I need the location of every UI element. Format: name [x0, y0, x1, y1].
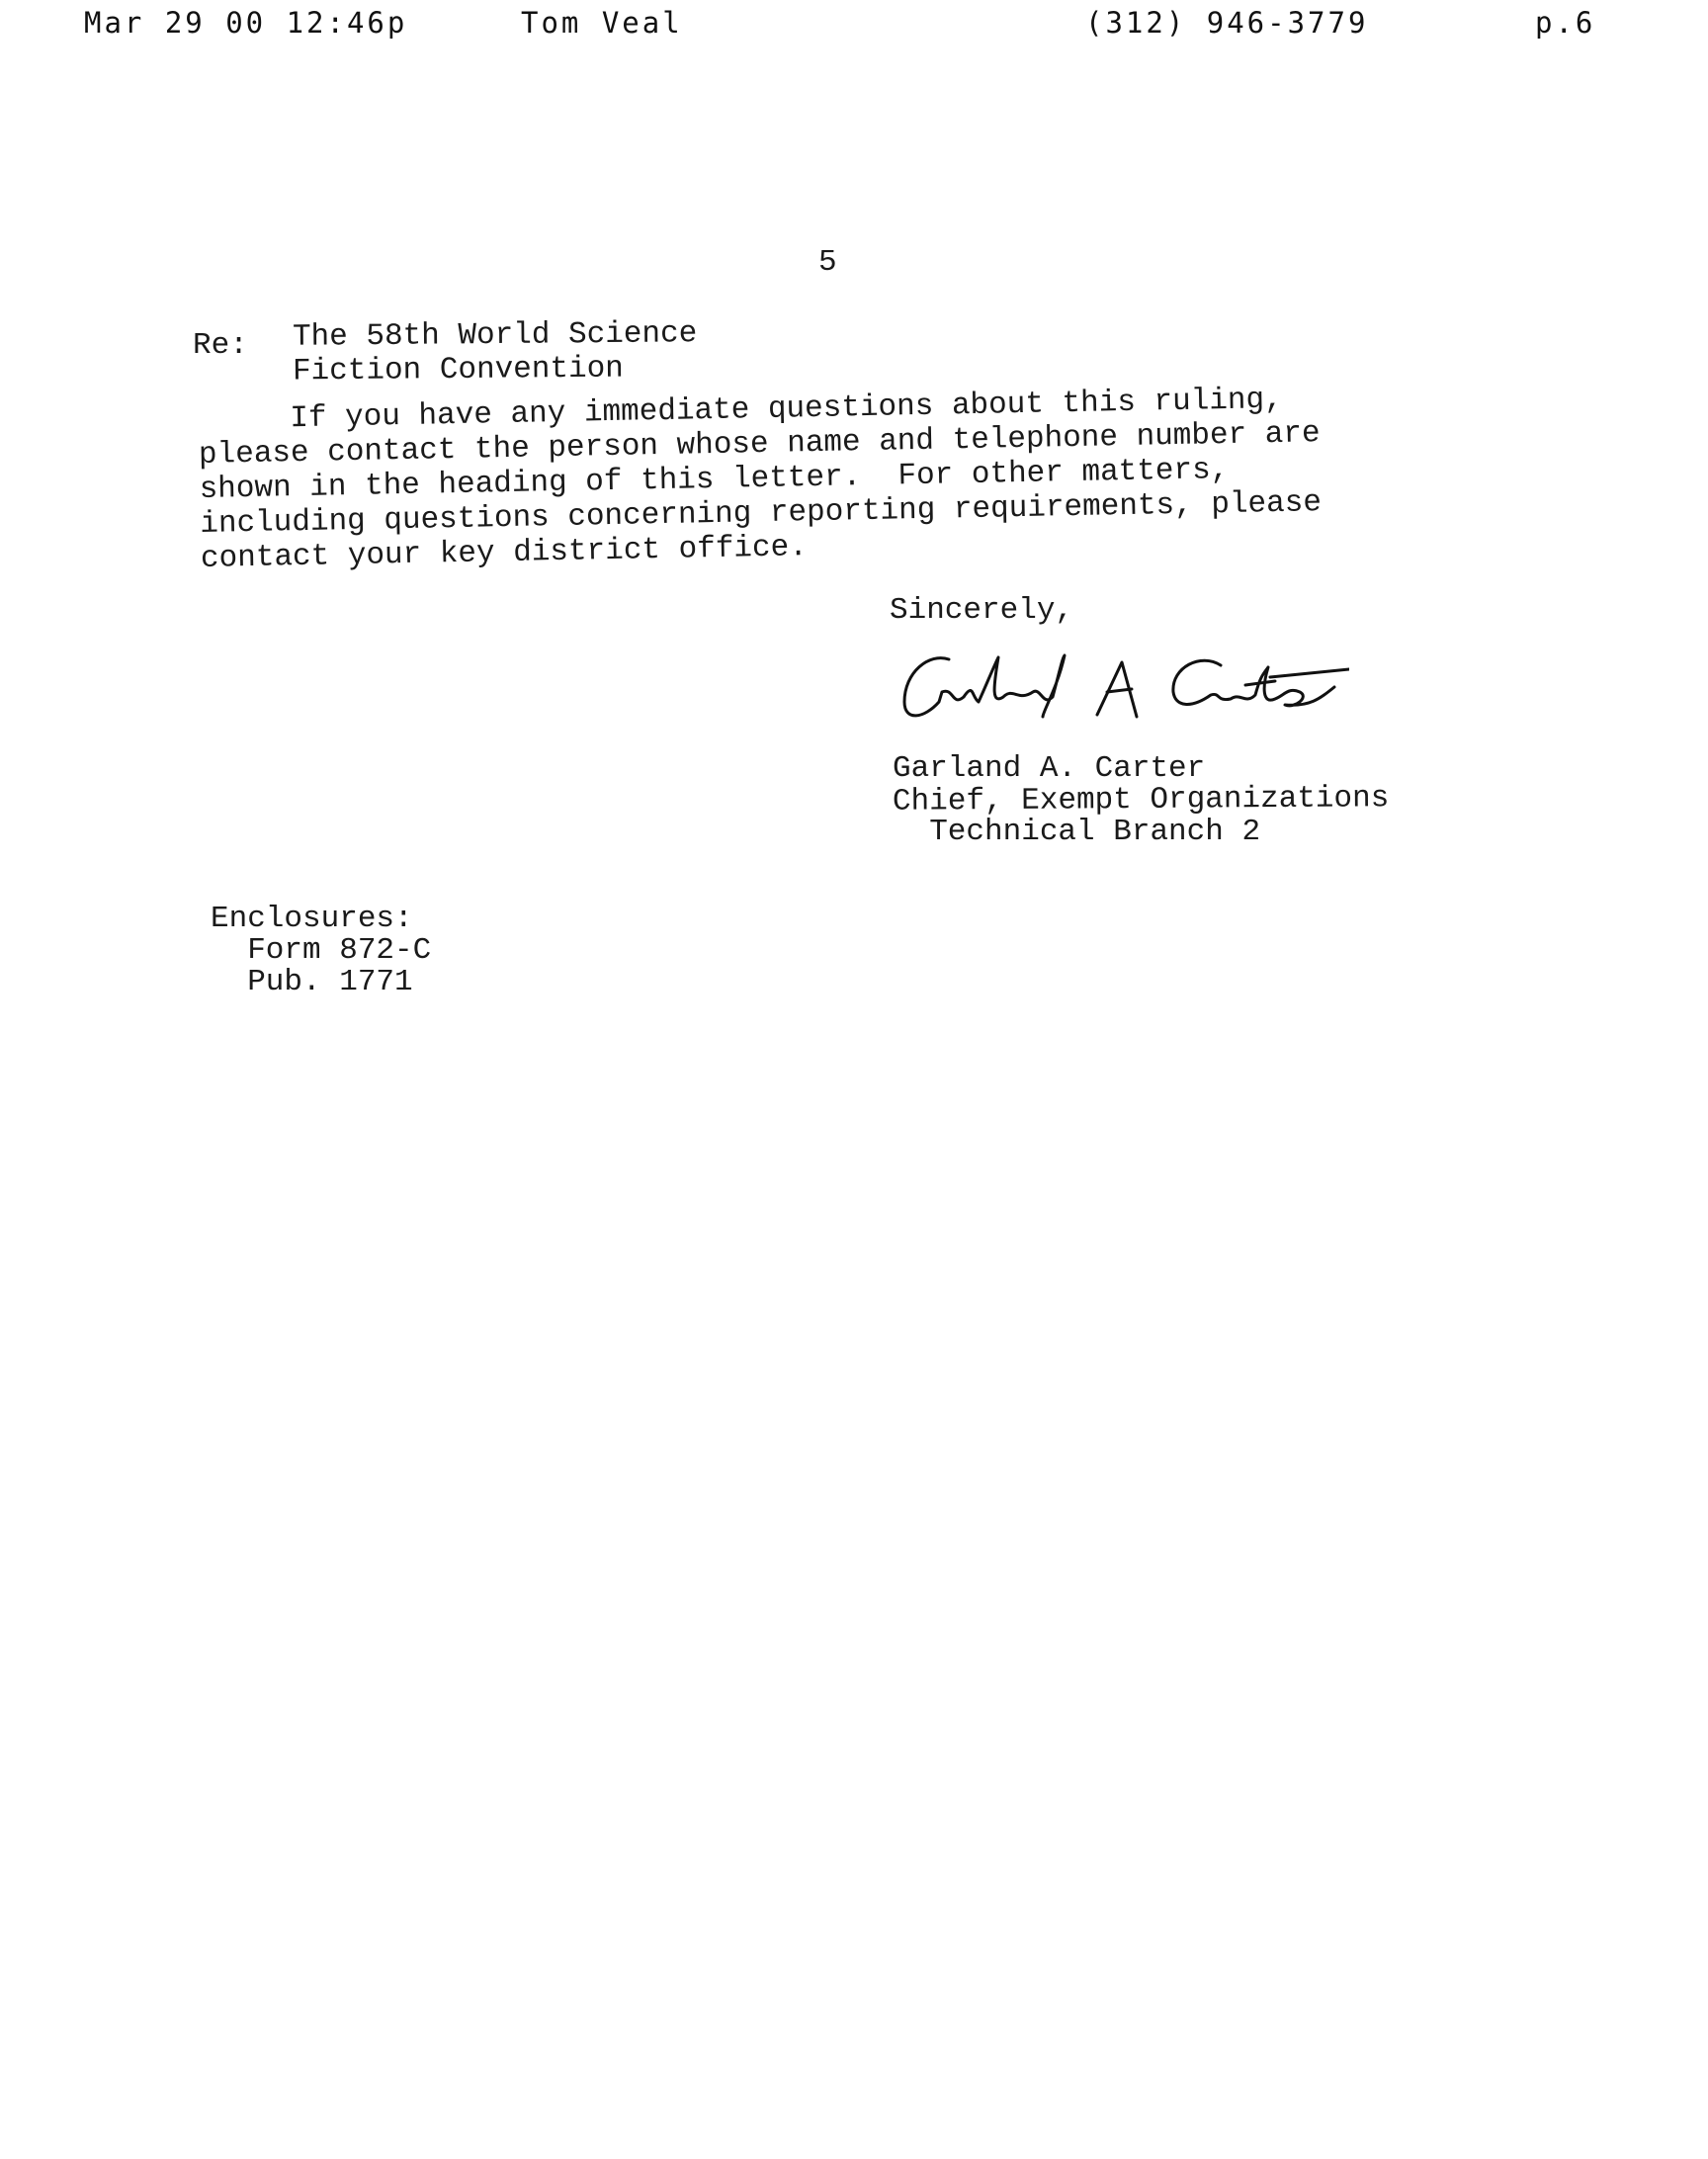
signer-name: Garland A. Carter	[893, 751, 1205, 786]
re-label: Re:	[193, 328, 248, 363]
body-paragraph: If you have any immediate questions abou…	[198, 382, 1323, 576]
re-subject-line-2: Fiction Convention	[293, 352, 624, 389]
signer-title-line-1: Chief, Exempt Organizations	[893, 781, 1390, 820]
handwritten-signature	[895, 648, 1349, 736]
closing: Sincerely,	[890, 593, 1073, 628]
enclosure-item: Form 872-C	[211, 933, 431, 968]
enclosures-label: Enclosures:	[211, 902, 413, 936]
fax-sender: Tom Veal	[521, 6, 683, 40]
page-number: 5	[818, 245, 837, 280]
enclosure-item: Pub. 1771	[211, 965, 413, 999]
signer-title-line-2: Technical Branch 2	[893, 815, 1260, 849]
fax-datetime: Mar 29 00 12:46p	[84, 6, 407, 40]
re-subject-line-1: The 58th World Science	[293, 316, 698, 355]
fax-phone: (312) 946-3779	[1085, 6, 1368, 40]
fax-page: p.6	[1535, 6, 1595, 40]
